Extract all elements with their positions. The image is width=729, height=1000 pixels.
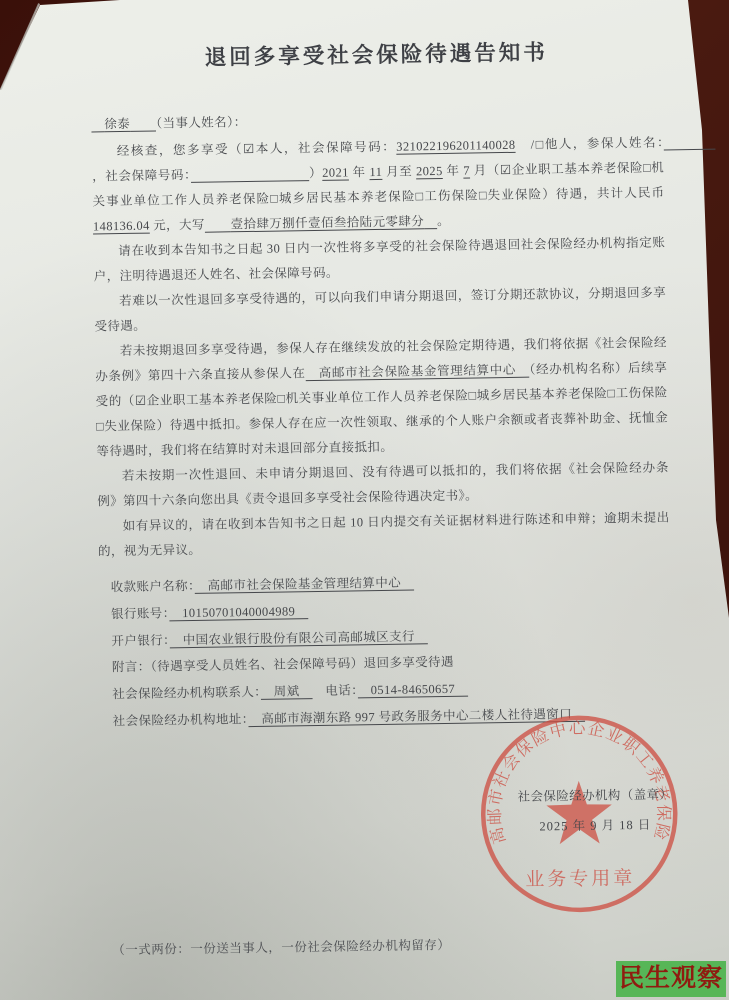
document-content: 退回多享受社会保险待遇告知书 徐泰 （当事人姓名）： 经核查，您多享受（☑本人，…	[90, 32, 677, 981]
paragraph-amount: 经核查，您多享受（☑本人，社会保障号码：321022196201140028 /…	[92, 130, 666, 239]
document-title: 退回多享受社会保险待遇告知书	[90, 38, 662, 73]
payment-info-block: 收款账户名称： 高邮市社会保险基金管理结算中心 银行账号： 1015070104…	[98, 565, 672, 735]
paragraph-deduction: 若未按期退回多享受待遇，参保人存在继续发放的社会保险定期待遇，我们将依据《社会保…	[95, 330, 669, 464]
paragraph-objection: 如有异议的，请在收到本告知书之日起 10 日内提交有关证据材料进行陈述和申辩；逾…	[97, 505, 670, 564]
document-date: 2025 年 9 月 18 日	[480, 809, 710, 843]
paragraph-return-30days: 请在收到本告知书之日起 30 日内一次性将多享受的社会保险待遇退回社会保险经办机…	[93, 230, 666, 289]
paragraph-decision-letter: 若未按期一次性退回、未申请分期退回、没有待遇可以抵扣的，我们将依据《社会保险经办…	[97, 455, 670, 514]
copies-note: （一式两份：一份送当事人，一份社会保险经办机构留存）	[112, 933, 450, 963]
stamp-bottom-text: 业务专用章	[525, 867, 635, 891]
signature-block: 社会保险经办机构（盖章） 2025 年 9 月 18 日	[480, 779, 711, 843]
watermark-label: 民生观察	[616, 961, 726, 997]
photo-of-document: { "colors": { "table_background": "#4014…	[0, 0, 729, 1000]
agency-seal-line: 社会保险经办机构（盖章）	[480, 779, 710, 813]
paragraph-installment: 若难以一次性退回多享受待遇的，可以向我们申请分期退回，签订分期还款协议，分期退回…	[94, 280, 667, 339]
